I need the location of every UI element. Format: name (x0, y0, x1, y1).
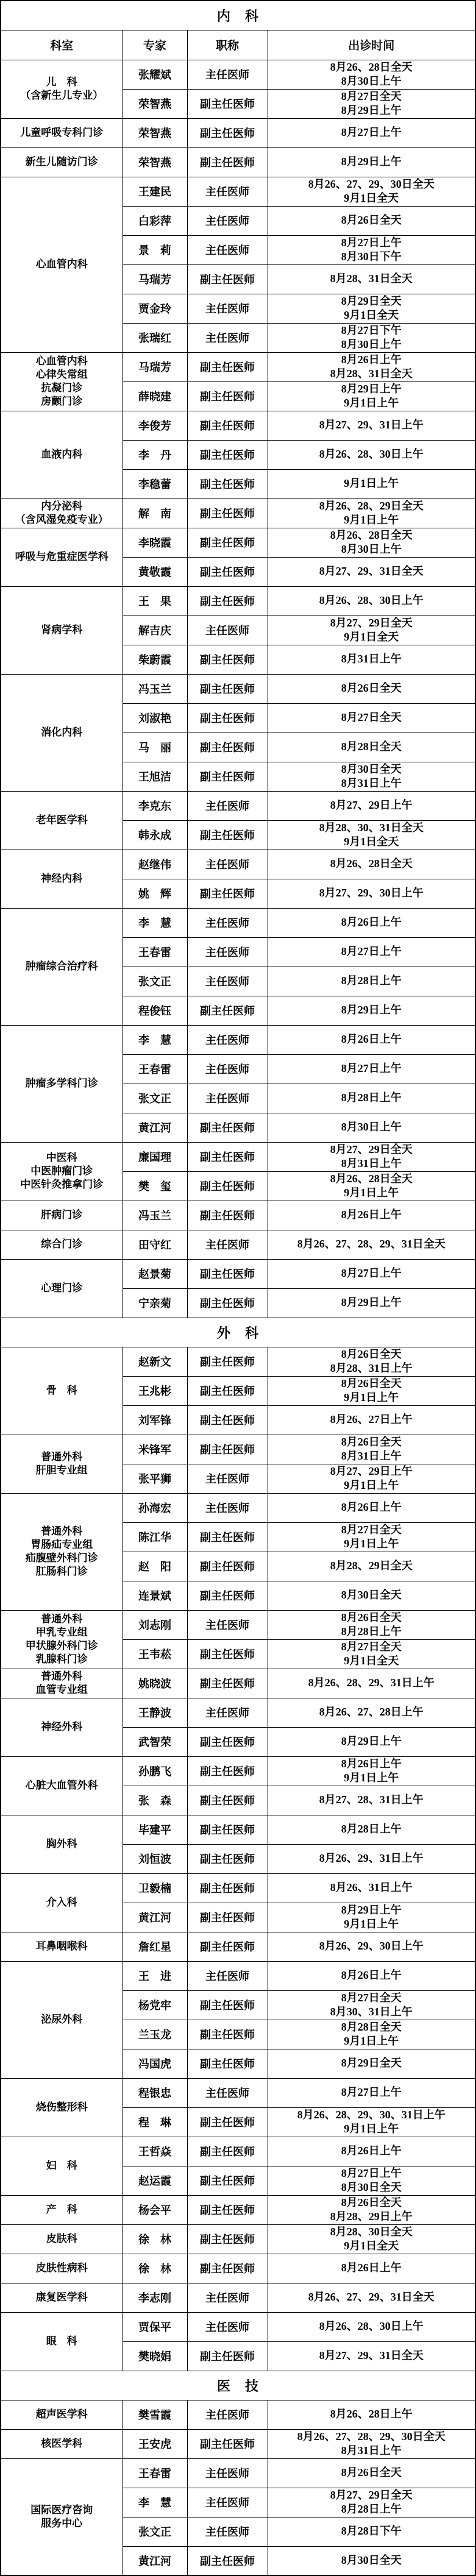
column-header-department: 科室 (1, 30, 123, 60)
doctor-title-cell: 主任医师 (187, 323, 268, 352)
schedule-time-cell: 8月27、29日上午 9月1日上午 (268, 1464, 475, 1493)
doctor-name-cell: 张瑞红 (123, 323, 187, 352)
schedule-time-cell: 8月30日全天 (268, 2546, 475, 2575)
schedule-time-cell: 8月26日全天 9月1日上午 (268, 1376, 475, 1405)
doctor-name-cell: 毕建平 (123, 1815, 187, 1844)
doctor-title-cell: 副主任医师 (187, 2546, 268, 2575)
doctor-title-cell: 副主任医师 (187, 1142, 268, 1171)
doctor-title-cell: 副主任医师 (187, 1844, 268, 1873)
doctor-title-cell: 主任医师 (187, 2517, 268, 2546)
schedule-row: 神经内科赵继伟主任医师8月26、28日全天 (1, 850, 475, 879)
doctor-title-cell: 副主任医师 (187, 469, 268, 499)
doctor-name-cell: 武智荣 (123, 1727, 187, 1756)
doctor-title-cell: 副主任医师 (187, 1171, 268, 1201)
schedule-time-cell: 8月28日全天 (268, 733, 475, 762)
doctor-title-cell: 副主任医师 (187, 879, 268, 908)
schedule-row: 产 科杨会平副主任医师8月26日全天 8月28、29日上午 (1, 2195, 475, 2224)
department-cell: 呼吸与危重症医学科 (1, 528, 123, 586)
department-cell: 心血管内科 (1, 177, 123, 352)
doctor-name-cell: 黄敬霞 (123, 557, 187, 586)
doctor-name-cell: 姚晓波 (123, 1669, 187, 1698)
doctor-name-cell: 黄江河 (123, 1903, 187, 1932)
doctor-title-cell: 副主任医师 (187, 264, 268, 294)
schedule-time-cell: 8月26日上午 (268, 1025, 475, 1054)
department-cell: 心理门诊 (1, 1259, 123, 1318)
schedule-row: 肝病门诊冯玉兰副主任医师8月26日上午 (1, 1201, 475, 1230)
doctor-name-cell: 赵运霞 (123, 2166, 187, 2195)
schedule-time-cell: 8月27日上午 (268, 1054, 475, 1084)
schedule-row: 肾病学科王 果副主任医师8月26、28、30日上午 (1, 586, 475, 616)
doctor-title-cell: 副主任医师 (187, 2341, 268, 2371)
schedule-row: 新生儿随访门诊荣智燕副主任医师8月29日上午 (1, 147, 475, 177)
schedule-time-cell: 8月26、27、28日上午 (268, 1698, 475, 1727)
schedule-time-cell: 8月26日上午 (268, 1201, 475, 1230)
schedule-time-cell: 8月27日上午 8月30日全天 (268, 2166, 475, 2195)
schedule-row: 中医科 中医肿瘤门诊 中医针灸推拿门诊廉国理副主任医师8月27、29日全天 8月… (1, 1142, 475, 1171)
section-title: 医 技 (1, 2371, 475, 2400)
doctor-title-cell: 主任医师 (187, 2458, 268, 2488)
doctor-title-cell: 副主任医师 (187, 645, 268, 674)
doctor-name-cell: 韩永成 (123, 820, 187, 850)
doctor-name-cell: 孙鹏飞 (123, 1756, 187, 1786)
doctor-name-cell: 李稳蕾 (123, 469, 187, 499)
doctor-name-cell: 李 慧 (123, 1025, 187, 1054)
schedule-time-cell: 8月26日全天 8月28、29日上午 (268, 2195, 475, 2224)
doctor-title-cell: 副主任医师 (187, 352, 268, 381)
department-cell: 耳鼻咽喉科 (1, 1932, 123, 1961)
schedule-row: 皮肤科徐 林副主任医师8月28、30日全天 9月1日全天 (1, 2224, 475, 2254)
schedule-time-cell: 8月28日上午 (268, 967, 475, 996)
section-title: 外 科 (1, 1318, 475, 1347)
department-cell: 肝病门诊 (1, 1201, 123, 1230)
doctor-name-cell: 程俊钰 (123, 996, 187, 1025)
doctor-title-cell: 副主任医师 (187, 2049, 268, 2078)
doctor-title-cell: 副主任医师 (187, 1990, 268, 2020)
schedule-time-cell: 8月26、28、29日全天 9月1日上午 (268, 499, 475, 528)
doctor-title-cell: 主任医师 (187, 294, 268, 323)
schedule-time-cell: 8月27日上午 8月30日下午 (268, 235, 475, 264)
doctor-name-cell: 兰玉龙 (123, 2020, 187, 2049)
schedule-time-cell: 8月27日上午 (268, 1259, 475, 1288)
schedule-time-cell: 8月26日上午 9月1日上午 (268, 1756, 475, 1786)
doctor-name-cell: 陈江华 (123, 1522, 187, 1552)
department-cell: 普通外科 甲乳专业组 甲状腺外科门诊 乳腺科门诊 (1, 1610, 123, 1669)
department-cell: 介入科 (1, 1873, 123, 1932)
doctor-name-cell: 廉国理 (123, 1142, 187, 1171)
schedule-row: 骨 科赵新文副主任医师8月26日全天 8月28、31日上午 (1, 1347, 475, 1376)
doctor-name-cell: 刘淑艳 (123, 703, 187, 733)
department-cell: 核医学科 (1, 2429, 123, 2458)
doctor-name-cell: 贾保平 (123, 2312, 187, 2341)
schedule-time-cell: 8月27、29、31日全天 (268, 557, 475, 586)
schedule-time-cell: 8月29日上午 (268, 1727, 475, 1756)
schedule-time-cell: 8月27日全天 (268, 703, 475, 733)
doctor-name-cell: 詹红星 (123, 1932, 187, 1961)
doctor-name-cell: 米锋军 (123, 1435, 187, 1464)
doctor-name-cell: 李俊芳 (123, 411, 187, 440)
schedule-time-cell: 8月26日上午 (268, 908, 475, 937)
doctor-title-cell: 副主任医师 (187, 440, 268, 469)
doctor-title-cell: 主任医师 (187, 235, 268, 264)
doctor-name-cell: 宁亲菊 (123, 1288, 187, 1318)
doctor-name-cell: 贾金玲 (123, 294, 187, 323)
doctor-name-cell: 解吉庆 (123, 616, 187, 645)
doctor-name-cell: 孙海宏 (123, 1493, 187, 1522)
doctor-title-cell: 副主任医师 (187, 1581, 268, 1610)
doctor-name-cell: 王安虎 (123, 2429, 187, 2458)
schedule-row: 心血管内科 心律失常组 抗凝门诊 房颤门诊马瑞芳副主任医师8月26日上午 8月2… (1, 352, 475, 381)
schedule-row: 胸外科毕建平副主任医师8月28日上午 (1, 1815, 475, 1844)
schedule-time-cell: 8月26日全天 (268, 2458, 475, 2488)
doctor-name-cell: 荣智燕 (123, 147, 187, 177)
doctor-name-cell: 王建民 (123, 177, 187, 206)
schedule-time-cell: 8月29日上午 (268, 147, 475, 177)
schedule-time-cell: 8月30日上午 (268, 1113, 475, 1142)
schedule-time-cell: 8月26、28日全天 (268, 850, 475, 879)
doctor-name-cell: 王 进 (123, 1961, 187, 1990)
doctor-name-cell: 刘志刚 (123, 1610, 187, 1639)
doctor-title-cell: 主任医师 (187, 2283, 268, 2312)
department-cell: 新生儿随访门诊 (1, 147, 123, 177)
doctor-title-cell: 副主任医师 (187, 2107, 268, 2137)
doctor-title-cell: 副主任医师 (187, 499, 268, 528)
department-cell: 烧伤整形科 (1, 2078, 123, 2137)
department-cell: 康复医学科 (1, 2283, 123, 2312)
doctor-title-cell: 副主任医师 (187, 820, 268, 850)
doctor-name-cell: 张 森 (123, 1786, 187, 1815)
doctor-name-cell: 赵新文 (123, 1347, 187, 1376)
doctor-name-cell: 黄江河 (123, 2546, 187, 2575)
schedule-time-cell: 8月27、29日全天 8月28日上午 (268, 2488, 475, 2517)
column-header-expert: 专家 (123, 30, 187, 60)
department-cell: 综合门诊 (1, 1230, 123, 1259)
schedule-time-cell: 8月27日上午 (268, 118, 475, 147)
doctor-name-cell: 樊雪霞 (123, 2400, 187, 2429)
schedule-row: 儿童呼吸专科门诊荣智燕副主任医师8月27日上午 (1, 118, 475, 147)
doctor-title-cell: 主任医师 (187, 967, 268, 996)
schedule-row: 康复医学科李志刚主任医师8月26、27、29、31日全天 (1, 2283, 475, 2312)
doctor-title-cell: 主任医师 (187, 60, 268, 89)
schedule-time-cell: 8月26日全天 (268, 206, 475, 235)
schedule-time-cell: 8月28、30日全天 9月1日全天 (268, 2224, 475, 2254)
schedule-time-cell: 8月29日全天 (268, 2049, 475, 2078)
schedule-time-cell: 8月26、29、31日上午 (268, 1844, 475, 1873)
doctor-name-cell: 李 丹 (123, 440, 187, 469)
schedule-time-cell: 8月28、29日全天 (268, 1552, 475, 1581)
doctor-name-cell: 张耀斌 (123, 60, 187, 89)
doctor-title-cell: 主任医师 (187, 850, 268, 879)
doctor-title-cell: 主任医师 (187, 2488, 268, 2517)
department-cell: 普通外科 血管专业组 (1, 1669, 123, 1698)
doctor-name-cell: 冯国虎 (123, 2049, 187, 2078)
department-cell: 心血管内科 心律失常组 抗凝门诊 房颤门诊 (1, 352, 123, 411)
schedule-row: 血液内科李俊芳副主任医师8月27、29、31日上午 (1, 411, 475, 440)
doctor-name-cell: 王兆彬 (123, 1376, 187, 1405)
department-cell: 皮肤科 (1, 2224, 123, 2254)
schedule-time-cell: 8月26、27、29、31日全天 (268, 2283, 475, 2312)
schedule-time-cell: 8月28、31日全天 (268, 264, 475, 294)
department-cell: 消化内科 (1, 674, 123, 791)
schedule-time-cell: 8月26、27、28、29、31日全天 (268, 1230, 475, 1259)
schedule-time-cell: 8月28日下午 (268, 2517, 475, 2546)
schedule-row: 泌尿外科王 进主任医师8月26日上午 (1, 1961, 475, 1990)
doctor-name-cell: 李 慧 (123, 2488, 187, 2517)
schedule-row: 妇 科王哲焱副主任医师8月26日上午 (1, 2137, 475, 2166)
department-cell: 内分泌科 （含风湿免疫专业） (1, 499, 123, 528)
schedule-time-cell: 8月26日上午 (268, 1493, 475, 1522)
doctor-name-cell: 荣智燕 (123, 118, 187, 147)
schedule-time-cell: 8月26、27日上午 (268, 1405, 475, 1435)
doctor-title-cell: 主任医师 (187, 206, 268, 235)
schedule-time-cell: 8月27日下午 8月30日上午 (268, 323, 475, 352)
doctor-title-cell: 主任医师 (187, 1230, 268, 1259)
doctor-name-cell: 赵继伟 (123, 850, 187, 879)
schedule-time-cell: 8月27、29、31日上午 (268, 411, 475, 440)
doctor-title-cell: 副主任医师 (187, 1727, 268, 1756)
department-cell: 神经外科 (1, 1698, 123, 1756)
schedule-time-cell: 8月26、28日全天 9月1日上午 (268, 1171, 475, 1201)
schedule-row: 介入科卫毅楠副主任医师8月26、31日上午 (1, 1873, 475, 1903)
doctor-title-cell: 副主任医师 (187, 2429, 268, 2458)
doctor-title-cell: 副主任医师 (187, 703, 268, 733)
doctor-name-cell: 解 南 (123, 499, 187, 528)
doctor-name-cell: 王旭洁 (123, 762, 187, 791)
schedule-row: 眼 科贾保平主任医师8月26、28、30日上午 (1, 2312, 475, 2341)
doctor-title-cell: 副主任医师 (187, 733, 268, 762)
schedule-table: 内 科科室专家职称出诊时间儿 科 （含新生儿专业）张耀斌主任医师8月26、28日… (0, 0, 476, 2576)
schedule-time-cell: 8月26日上午 8月28、31日全天 (268, 352, 475, 381)
doctor-name-cell: 卫毅楠 (123, 1873, 187, 1903)
doctor-name-cell: 张文正 (123, 2517, 187, 2546)
doctor-title-cell: 副主任医师 (187, 2195, 268, 2224)
doctor-name-cell: 张文正 (123, 967, 187, 996)
schedule-time-cell: 8月27、29日全天 9月1日全天 (268, 616, 475, 645)
schedule-time-cell: 8月26日上午 (268, 2254, 475, 2283)
schedule-time-cell: 8月26、29、30日上午 (268, 1932, 475, 1961)
doctor-title-cell: 主任医师 (187, 616, 268, 645)
schedule-row: 呼吸与危重症医学科李晓霞副主任医师8月26、28日全天 8月30日上午 (1, 528, 475, 557)
doctor-title-cell: 副主任医师 (187, 1347, 268, 1376)
schedule-row: 综合门诊田守红主任医师8月26、27、28、29、31日全天 (1, 1230, 475, 1259)
doctor-title-cell: 主任医师 (187, 2400, 268, 2429)
schedule-time-cell: 8月27日上午 (268, 2078, 475, 2107)
schedule-time-cell: 8月26、28日全天 8月30日上午 (268, 60, 475, 89)
doctor-title-cell: 主任医师 (187, 1493, 268, 1522)
doctor-title-cell: 主任医师 (187, 1054, 268, 1084)
department-cell: 产 科 (1, 2195, 123, 2224)
column-header-time: 出诊时间 (268, 30, 475, 60)
doctor-name-cell: 王静波 (123, 1698, 187, 1727)
department-cell: 肿瘤综合治疗科 (1, 908, 123, 1025)
doctor-title-cell: 主任医师 (187, 177, 268, 206)
schedule-row: 消化内科冯玉兰副主任医师8月26日全天 (1, 674, 475, 703)
section-header-row: 内 科 (1, 1, 475, 30)
schedule-row: 核医学科王安虎副主任医师8月26、27、28、29、30日全天 8月31日上午 (1, 2429, 475, 2458)
doctor-title-cell: 副主任医师 (187, 118, 268, 147)
doctor-name-cell: 程银忠 (123, 2078, 187, 2107)
doctor-name-cell: 樊晓娟 (123, 2341, 187, 2371)
doctor-name-cell: 黄江河 (123, 1113, 187, 1142)
doctor-title-cell: 主任医师 (187, 1610, 268, 1639)
doctor-name-cell: 赵景菊 (123, 1259, 187, 1288)
doctor-title-cell: 副主任医师 (187, 411, 268, 440)
department-cell: 皮肤性病科 (1, 2254, 123, 2283)
doctor-title-cell: 副主任医师 (187, 762, 268, 791)
doctor-name-cell: 王春雷 (123, 937, 187, 967)
schedule-row: 普通外科 血管专业组姚晓波副主任医师8月26、28、29、31日上午 (1, 1669, 475, 1698)
doctor-name-cell: 李志刚 (123, 2283, 187, 2312)
doctor-name-cell: 马瑞芳 (123, 264, 187, 294)
doctor-title-cell: 副主任医师 (187, 2137, 268, 2166)
schedule-time-cell: 8月26、27、29、30日全天 9月1日全天 (268, 177, 475, 206)
department-cell: 儿童呼吸专科门诊 (1, 118, 123, 147)
doctor-title-cell: 主任医师 (187, 2078, 268, 2107)
column-header-row: 科室专家职称出诊时间 (1, 30, 475, 60)
doctor-name-cell: 白彩萍 (123, 206, 187, 235)
department-cell: 泌尿外科 (1, 1961, 123, 2078)
doctor-name-cell: 王春雷 (123, 1054, 187, 1084)
schedule-time-cell: 8月26、28、30日上午 (268, 586, 475, 616)
doctor-name-cell: 张文正 (123, 1084, 187, 1113)
department-cell: 神经内科 (1, 850, 123, 908)
schedule-time-cell: 8月27、29、30日上午 (268, 879, 475, 908)
schedule-row: 肿瘤多学科门诊李 慧主任医师8月26日上午 (1, 1025, 475, 1054)
schedule-time-cell: 8月26、31日上午 (268, 1873, 475, 1903)
department-cell: 心脏大血管外科 (1, 1756, 123, 1815)
schedule-time-cell: 8月27、29日全天 8月31日上午 (268, 1142, 475, 1171)
doctor-title-cell: 主任医师 (187, 937, 268, 967)
department-cell: 肾病学科 (1, 586, 123, 674)
schedule-time-cell: 8月27、29、31日全天 (268, 2341, 475, 2371)
schedule-time-cell: 8月27日上午 (268, 937, 475, 967)
schedule-time-cell: 8月27、28、31日上午 (268, 1786, 475, 1815)
doctor-name-cell: 田守红 (123, 1230, 187, 1259)
schedule-row: 普通外科 甲乳专业组 甲状腺外科门诊 乳腺科门诊刘志刚主任医师8月26日全天 8… (1, 1610, 475, 1639)
schedule-row: 国际医疗咨询 服务中心王春雷主任医师8月26日全天 (1, 2458, 475, 2488)
schedule-time-cell: 8月26日全天 8月31日上午 (268, 1435, 475, 1464)
doctor-title-cell: 副主任医师 (187, 557, 268, 586)
department-cell: 胸外科 (1, 1815, 123, 1873)
schedule-row: 儿 科 （含新生儿专业）张耀斌主任医师8月26、28日全天 8月30日上午 (1, 60, 475, 89)
schedule-row: 老年医学科李克东主任医师8月27、29日上午 (1, 791, 475, 820)
section-header-row: 外 科 (1, 1318, 475, 1347)
schedule-time-cell: 8月30日全天 8月31日上午 (268, 762, 475, 791)
schedule-time-cell: 8月26日全天 8月28日上午 (268, 1610, 475, 1639)
schedule-time-cell: 8月28日上午 (268, 1815, 475, 1844)
department-cell: 骨 科 (1, 1347, 123, 1435)
schedule-time-cell: 8月27日全天 9月1日全天 (268, 1639, 475, 1669)
doctor-title-cell: 主任医师 (187, 2312, 268, 2341)
schedule-row: 肿瘤综合治疗科李 慧主任医师8月26日上午 (1, 908, 475, 937)
doctor-name-cell: 冯玉兰 (123, 674, 187, 703)
doctor-title-cell: 副主任医师 (187, 1259, 268, 1288)
doctor-name-cell: 景 莉 (123, 235, 187, 264)
schedule-time-cell: 8月29日上午 9月1日上午 (268, 381, 475, 411)
schedule-time-cell: 8月26日全天 (268, 674, 475, 703)
doctor-name-cell: 王 果 (123, 586, 187, 616)
doctor-title-cell: 主任医师 (187, 791, 268, 820)
doctor-title-cell: 副主任医师 (187, 1113, 268, 1142)
doctor-title-cell: 副主任医师 (187, 1873, 268, 1903)
schedule-row: 神经外科王静波主任医师8月26、27、28日上午 (1, 1698, 475, 1727)
doctor-title-cell: 副主任医师 (187, 1552, 268, 1581)
schedule-row: 皮肤性病科徐 林副主任医师8月26日上午 (1, 2254, 475, 2283)
doctor-title-cell: 主任医师 (187, 908, 268, 937)
section-header-row: 医 技 (1, 2371, 475, 2400)
doctor-title-cell: 副主任医师 (187, 1522, 268, 1552)
doctor-name-cell: 徐 林 (123, 2224, 187, 2254)
schedule-time-cell: 8月26、28、30日上午 (268, 2312, 475, 2341)
doctor-name-cell: 刘军锋 (123, 1405, 187, 1435)
doctor-title-cell: 副主任医师 (187, 1376, 268, 1405)
schedule-time-cell: 8月27日全天 8月29日上午 (268, 89, 475, 118)
doctor-title-cell: 副主任医师 (187, 1669, 268, 1698)
doctor-title-cell: 副主任医师 (187, 1903, 268, 1932)
doctor-name-cell: 杨党牢 (123, 1990, 187, 2020)
doctor-title-cell: 主任医师 (187, 1698, 268, 1727)
doctor-title-cell: 副主任医师 (187, 674, 268, 703)
doctor-title-cell: 副主任医师 (187, 2020, 268, 2049)
schedule-time-cell: 9月1日上午 (268, 469, 475, 499)
doctor-name-cell: 李克东 (123, 791, 187, 820)
doctor-title-cell: 副主任医师 (187, 996, 268, 1025)
doctor-name-cell: 马 丽 (123, 733, 187, 762)
department-cell: 普通外科 肝胆专业组 (1, 1435, 123, 1493)
doctor-name-cell: 樊 玺 (123, 1171, 187, 1201)
schedule-row: 烧伤整形科程银忠主任医师8月27日上午 (1, 2078, 475, 2107)
department-cell: 血液内科 (1, 411, 123, 499)
schedule-time-cell: 8月28日全天 9月1日上午 (268, 2020, 475, 2049)
schedule-row: 内分泌科 （含风湿免疫专业）解 南副主任医师8月26、28、29日全天 9月1日… (1, 499, 475, 528)
doctor-name-cell: 张平狮 (123, 1464, 187, 1493)
schedule-time-cell: 8月27日全天 9月1日上午 (268, 1522, 475, 1552)
doctor-name-cell: 王韦菘 (123, 1639, 187, 1669)
schedule-time-cell: 8月29日上午 (268, 996, 475, 1025)
doctor-title-cell: 主任医师 (187, 1961, 268, 1990)
schedule-time-cell: 8月26日上午 (268, 1961, 475, 1990)
schedule-row: 超声医学科樊雪霞主任医师8月26、28日上午 (1, 2400, 475, 2429)
doctor-title-cell: 副主任医师 (187, 1786, 268, 1815)
schedule-row: 耳鼻咽喉科詹红星副主任医师8月26、29、30日上午 (1, 1932, 475, 1961)
doctor-title-cell: 副主任医师 (187, 1435, 268, 1464)
schedule-time-cell: 8月28、30、31日全天 9月1日全天 (268, 820, 475, 850)
schedule-row: 心理门诊赵景菊副主任医师8月27日上午 (1, 1259, 475, 1288)
schedule-time-cell: 8月27日全天 8月30、31日上午 (268, 1990, 475, 2020)
schedule-time-cell: 8月26、28日上午 (268, 2400, 475, 2429)
doctor-title-cell: 副主任医师 (187, 2224, 268, 2254)
department-cell: 普通外科 胃肠疝专业组 疝腹壁外科门诊 肛肠科门诊 (1, 1493, 123, 1610)
schedule-time-cell: 8月26、28日全天 8月30日上午 (268, 528, 475, 557)
schedule-row: 普通外科 肝胆专业组米锋军副主任医师8月26日全天 8月31日上午 (1, 1435, 475, 1464)
doctor-title-cell: 主任医师 (187, 1084, 268, 1113)
department-cell: 老年医学科 (1, 791, 123, 850)
doctor-title-cell: 副主任医师 (187, 1815, 268, 1844)
schedule-time-cell: 8月29日全天 9月1日全天 (268, 294, 475, 323)
doctor-name-cell: 马瑞芳 (123, 352, 187, 381)
department-cell: 肿瘤多学科门诊 (1, 1025, 123, 1142)
doctor-name-cell: 徐 林 (123, 2254, 187, 2283)
doctor-title-cell: 副主任医师 (187, 2254, 268, 2283)
doctor-title-cell: 副主任医师 (187, 1288, 268, 1318)
schedule-row: 心血管内科王建民主任医师8月26、27、29、30日全天 9月1日全天 (1, 177, 475, 206)
doctor-name-cell: 王哲焱 (123, 2137, 187, 2166)
schedule-time-cell: 8月29日上午 9月1日上午 (268, 1903, 475, 1932)
doctor-name-cell: 柴蔚霞 (123, 645, 187, 674)
schedule-time-cell: 8月30日全天 (268, 1581, 475, 1610)
doctor-name-cell: 李晓霞 (123, 528, 187, 557)
department-cell: 中医科 中医肿瘤门诊 中医针灸推拿门诊 (1, 1142, 123, 1201)
section-title: 内 科 (1, 1, 475, 30)
